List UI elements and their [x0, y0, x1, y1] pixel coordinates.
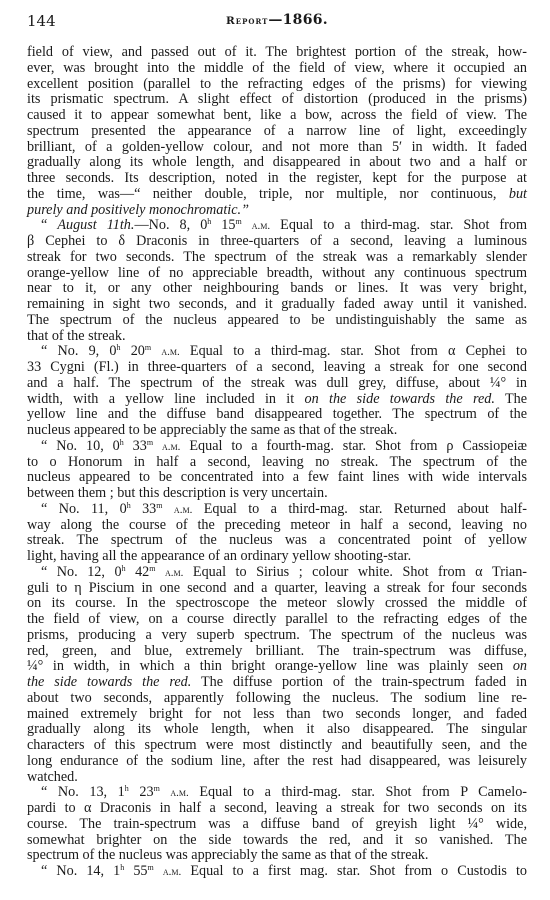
text-line: on its course. In the spectroscope the m… [27, 596, 527, 612]
text-line: near to it, or any other neighbouring ba… [27, 281, 527, 297]
text-line: purely and positively monochromatic.” [27, 203, 527, 219]
text-line: prisms, producing a very superb spectrum… [27, 628, 527, 644]
page-body: field of view, and passed out of it. The… [27, 45, 527, 880]
text-line: between them ; but this description is v… [27, 486, 527, 502]
text-line: streak for two seconds. The spectrum of … [27, 250, 527, 266]
text-line: field of view, and passed out of it. The… [27, 45, 527, 61]
text-line: three seconds. Its description, noted in… [27, 171, 527, 187]
text-line: nucleus appeared to be appreciably the s… [27, 423, 527, 439]
text-line: caused it to appear somewhat bent, like … [27, 108, 527, 124]
text-line: orange-yellow line of no appreciable bre… [27, 266, 527, 282]
text-line: excellent position (parallel to the refr… [27, 77, 527, 93]
text-line: yellow line and the diffuse band disappe… [27, 407, 527, 423]
entry-heading-10: “ No. 10, 0h 33m a.m. Equal to a fourth-… [27, 439, 527, 455]
running-title-word: Report [226, 15, 268, 27]
entry-heading-8: “ August 11th.—No. 8, 0h 15m a.m. Equal … [27, 218, 527, 234]
text-line: the field of view, on a course directly … [27, 612, 527, 628]
page-header: 144 Report—1866. [27, 12, 527, 32]
text-line: that of the streak. [27, 329, 527, 345]
text-line: brilliant, of a golden-yellow colour, an… [27, 140, 527, 156]
text-line: mained extremely bright for not less tha… [27, 707, 527, 723]
text-line: light, having all the appearance of an o… [27, 549, 527, 565]
text-line: spectrum presented the appearance of a n… [27, 124, 527, 140]
text-line: spectrum of the nucleus was appreciably … [27, 848, 527, 864]
text-line: ever, was brought into the middle of the… [27, 61, 527, 77]
text-line: ¼° in width, in which a thin bright oran… [27, 659, 527, 675]
running-title-year: —1866. [268, 12, 328, 28]
text-line: watched. [27, 770, 527, 786]
entry-heading-12: “ No. 12, 0h 42m a.m. Equal to Sirius ; … [27, 565, 527, 581]
text-line: pardi to α Draconis in half a second, le… [27, 801, 527, 817]
text-line: the side towards the red. The diffuse po… [27, 675, 527, 691]
text-line: about two seconds, apparently following … [27, 691, 527, 707]
text-line: the time, was—“ neither double, triple, … [27, 187, 527, 203]
text-line: width, with a yellow line included in it… [27, 392, 527, 408]
entry-heading-11: “ No. 11, 0h 33m a.m. Equal to a third-m… [27, 502, 527, 518]
text-line: somewhat brighter on the side towards th… [27, 833, 527, 849]
entry-heading-14: “ No. 14, 1h 55m a.m. Equal to a first m… [27, 864, 527, 880]
text-line: long endurance of the sodium line, after… [27, 754, 527, 770]
text-line: gradually along its whole length, and di… [27, 155, 527, 171]
entry-heading-9: “ No. 9, 0h 20m a.m. Equal to a third-ma… [27, 344, 527, 360]
running-title: Report—1866. [27, 12, 527, 28]
text-line: red, green, and blue, extremely brillian… [27, 644, 527, 660]
text-line: The spectrum of the nucleus appeared to … [27, 313, 527, 329]
text-line: and a half. The spectrum of the streak w… [27, 376, 527, 392]
text-line: β Cephei to δ Draconis in three-quarters… [27, 234, 527, 250]
text-line: streak. The spectrum of the nucleus was … [27, 533, 527, 549]
text-line: its prismatic spectrum. A slight effect … [27, 92, 527, 108]
text-line: to ο Honorum in half a second, leaving n… [27, 455, 527, 471]
text-line: guli to η Piscium in one second and a qu… [27, 581, 527, 597]
text-line: 33 Cygni (Fl.) in three-quarters of a se… [27, 360, 527, 376]
text-line: gradually along its whole length, when i… [27, 722, 527, 738]
text-line: way along the course of the preceding me… [27, 518, 527, 534]
entry-heading-13: “ No. 13, 1h 23m a.m. Equal to a third-m… [27, 785, 527, 801]
text-line: course. The train-spectrum was a diffuse… [27, 817, 527, 833]
text-line: nucleus appeared to be concentrated into… [27, 470, 527, 486]
text-line: remaining in sight two seconds, and it g… [27, 297, 527, 313]
text-line: characters of this spectrum were most di… [27, 738, 527, 754]
